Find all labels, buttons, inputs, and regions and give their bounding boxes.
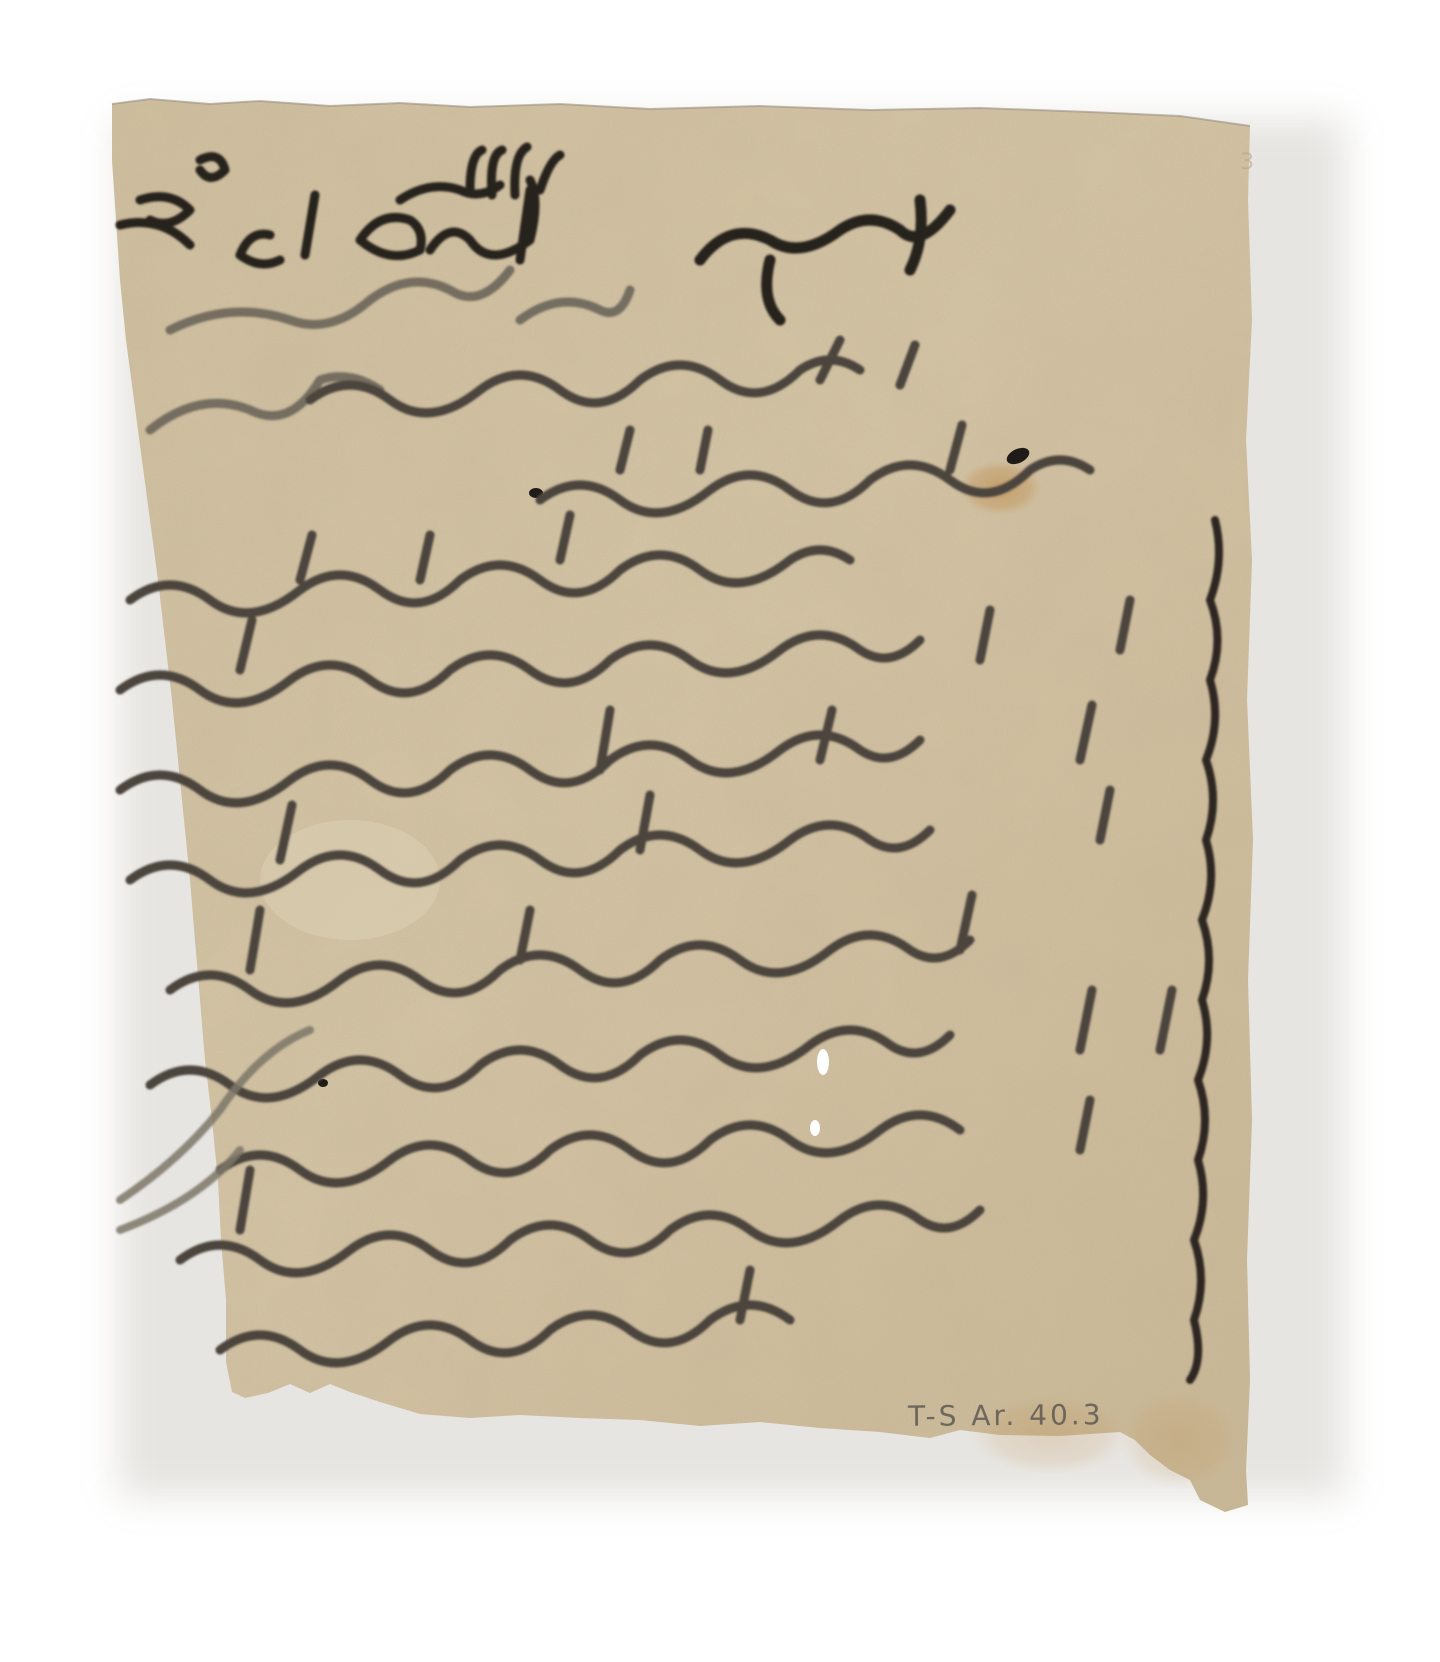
hole — [817, 1049, 829, 1075]
pencil-number: 3 — [1240, 150, 1254, 175]
photo-stage: 3 T-S Ar. 40.3 بسم الذي سمعه الخادم وينه… — [0, 0, 1440, 1662]
shelfmark-label: T-S Ar. 40.3 — [908, 1398, 1104, 1433]
manuscript-fragment — [0, 0, 1440, 1662]
hole — [810, 1120, 820, 1136]
